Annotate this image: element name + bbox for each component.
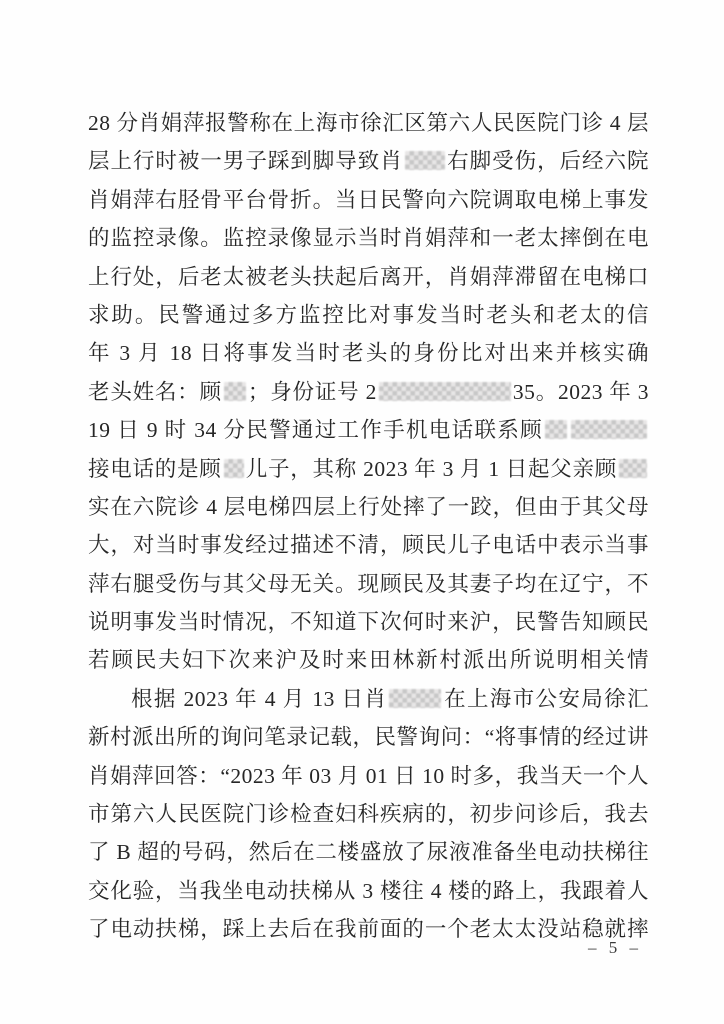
text-line: 了 B 超的号码，然后在二楼盛放了尿液准备坐电动扶梯往楼上去 xyxy=(88,833,649,871)
text-segment: 上行处，后老太被老头扶起后离开，肖娟萍滞留在电梯口后报警 xyxy=(88,265,649,296)
text-segment: 若顾民夫妇下次来沪及时来田林新村派出所说明相关情况”。 xyxy=(88,648,649,679)
text-segment: 层上行时被一男子踩到脚导致肖 xyxy=(88,149,403,173)
redaction-blur xyxy=(379,382,511,401)
text-line: 求助。民警通过多方监控比对事发当时老头和老太的信息，于 2023 xyxy=(88,296,649,334)
redaction-blur xyxy=(405,151,445,170)
text-segment: 市第六人民医院门诊检查妇科疾病的，初步问诊后，我去二楼取 xyxy=(88,802,649,833)
text-line: 说明事发当时情况，不知道下次何时来沪，民警告知顾民儿子， xyxy=(88,603,649,641)
text-line: 若顾民夫妇下次来沪及时来田林新村派出所说明相关情况”。 xyxy=(88,641,649,679)
text-line: 层上行时被一男子踩到脚导致肖右脚受伤，后经六院诊断： xyxy=(88,142,649,180)
text-line: 肖娟萍右胫骨平台骨折。当日民警向六院调取电梯上事发电梯处 xyxy=(88,181,649,219)
text-line: 的监控录像。监控录像显示当时肖娟萍和一老太摔倒在电梯四层 xyxy=(88,219,649,257)
text-line: 接电话的是顾儿子，其称 2023 年 3 月 1 日起父亲顾和母亲确 xyxy=(88,450,649,488)
text-line: 19 日 9 时 34 分民警通过工作手机电话联系顾75)， xyxy=(88,411,649,449)
text-segment: 肖娟萍右胫骨平台骨折。当日民警向六院调取电梯上事发电梯处 xyxy=(88,188,649,219)
text-line: 年 3 月 18 日将事发当时老头的身份比对出来并核实确认。经核实， xyxy=(88,334,649,372)
text-segment: 交化验，当我坐电动扶梯从 3 楼往 4 楼的路上，我跟着人流踩上 xyxy=(88,879,649,910)
redaction-blur xyxy=(224,382,246,401)
page-number: – 5 – xyxy=(560,938,670,958)
redaction-blur xyxy=(224,459,244,478)
text-segment: 儿子，其称 2023 年 3 月 1 日起父亲顾 xyxy=(246,457,617,481)
text-segment: 19 日 9 时 34 分民警通过工作手机电话联系顾 xyxy=(88,418,543,442)
text-segment: 根据 2023 年 4 月 13 日肖 xyxy=(131,687,387,711)
text-line: 上行处，后老太被老头扶起后离开，肖娟萍滞留在电梯口后报警 xyxy=(88,258,649,296)
text-segment: 28 分肖娟萍报警称在上海市徐汇区第六人民医院门诊 4 层电梯四 xyxy=(88,111,649,142)
text-segment: ；身份证号 2 xyxy=(248,380,377,404)
text-segment: 的监控录像。监控录像显示当时肖娟萍和一老太摔倒在电梯四层 xyxy=(88,226,649,257)
text-line: 大，对当时事发经过描述不清，顾民儿子电话中表示当事人肖娟 xyxy=(88,526,649,564)
text-line: 萍右腿受伤与其父母无关。现顾民及其妻子均在辽宁，不愿来沪 xyxy=(88,565,649,603)
text-line: 市第六人民医院门诊检查妇科疾病的，初步问诊后，我去二楼取 xyxy=(88,795,649,833)
document-page: 28 分肖娟萍报警称在上海市徐汇区第六人民医院门诊 4 层电梯四层上行时被一男子… xyxy=(0,0,724,1024)
text-line: 实在六院诊 4 层电梯四层上行处摔了一跤，但由于其父母岁数较 xyxy=(88,488,649,526)
text-segment: 年 3 月 18 日将事发当时老头的身份比对出来并核实确认。经核实， xyxy=(88,341,649,372)
text-line: 交化验，当我坐电动扶梯从 3 楼往 4 楼的路上，我跟着人流踩上 xyxy=(88,872,649,910)
text-segment: 实在六院诊 4 层电梯四层上行处摔了一跤，但由于其父母岁数较 xyxy=(88,495,649,526)
document-lines: 28 分肖娟萍报警称在上海市徐汇区第六人民医院门诊 4 层电梯四层上行时被一男子… xyxy=(88,104,649,949)
redaction-blur xyxy=(619,459,647,478)
text-line: 根据 2023 年 4 月 13 日肖在上海市公安局徐汇分局田林 xyxy=(88,680,649,718)
text-line: 肖娟萍回答：“2023 年 03 月 01 日 10 时多，我当天一个人去上海 xyxy=(88,757,649,795)
redaction-blur xyxy=(389,689,441,708)
text-segment: 求助。民警通过多方监控比对事发当时老头和老太的信息，于 2023 xyxy=(88,303,649,334)
text-segment: 大，对当时事发经过描述不清，顾民儿子电话中表示当事人肖娟 xyxy=(88,533,649,564)
text-segment: 了 B 超的号码，然后在二楼盛放了尿液准备坐电动扶梯往楼上去 xyxy=(88,840,649,871)
text-segment: 萍右腿受伤与其父母无关。现顾民及其妻子均在辽宁，不愿来沪 xyxy=(88,572,649,603)
redaction-blur xyxy=(545,420,567,439)
text-segment: 新村派出所的询问笔录记载，民警询问：“将事情的经过讲清楚?” xyxy=(88,725,649,756)
text-line: 老头姓名：顾；身份证号 235。2023 年 3 月 xyxy=(88,373,649,411)
text-line: 新村派出所的询问笔录记载，民警询问：“将事情的经过讲清楚?” xyxy=(88,718,649,756)
redaction-blur xyxy=(571,420,647,439)
text-line: 28 分肖娟萍报警称在上海市徐汇区第六人民医院门诊 4 层电梯四 xyxy=(88,104,649,142)
text-segment: 肖娟萍回答：“2023 年 03 月 01 日 10 时多，我当天一个人去上海 xyxy=(88,764,649,795)
text-segment: 老头姓名：顾 xyxy=(88,380,222,404)
text-segment: 说明事发当时情况，不知道下次何时来沪，民警告知顾民儿子， xyxy=(88,610,649,641)
text-segment: 接电话的是顾 xyxy=(88,457,222,481)
